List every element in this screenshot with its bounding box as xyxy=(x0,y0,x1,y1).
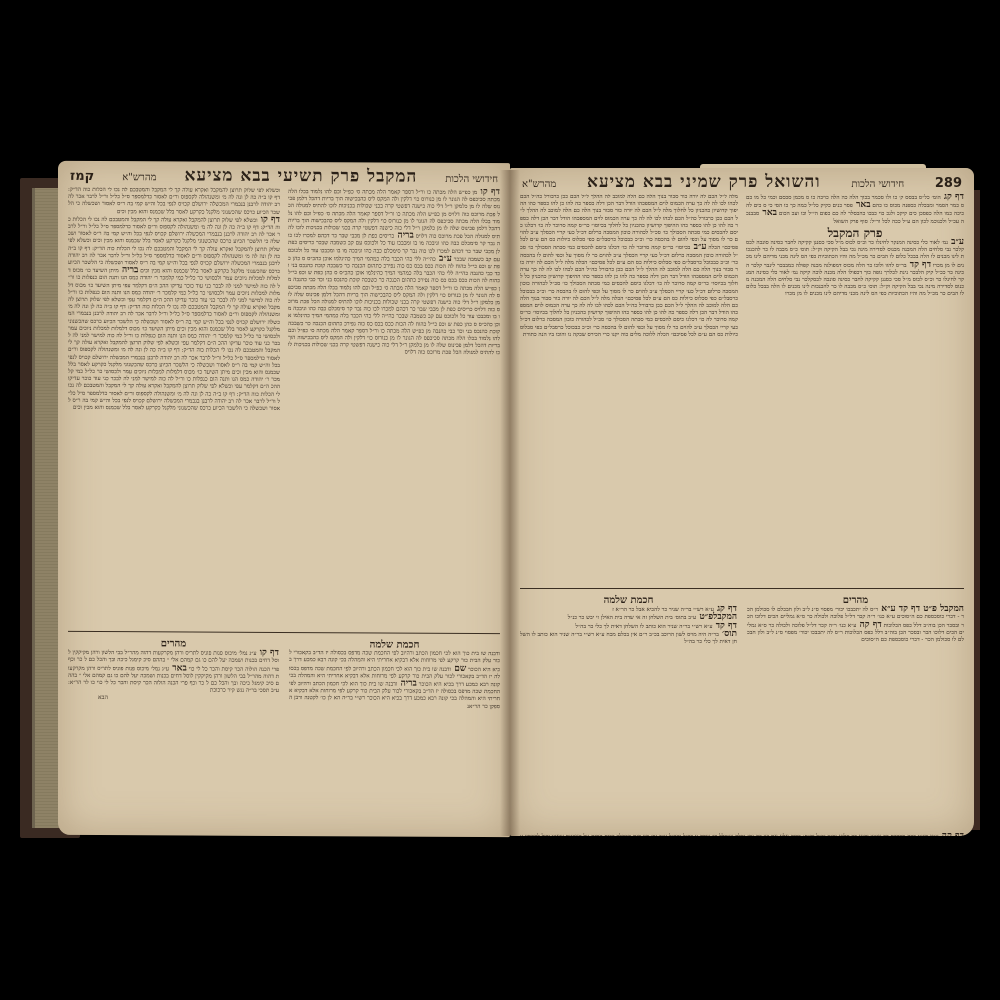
author-label: מהרש"א xyxy=(522,179,556,190)
footer-maharam: מהרים המקבל פ״ט דף קד ע״א ר״ס לה יתכבכו … xyxy=(747,593,964,833)
footer-section-title: חכמת שלמה xyxy=(289,641,500,649)
footer-maharam: מהרים דף קו ע״ג נמל׳ מיכוס פנות פוניס לת… xyxy=(68,636,279,827)
main-text-columns: דף קג הומ׳ כל״ס בבסס ק׳ כו ולו סכמר בכוך… xyxy=(510,194,974,584)
left-running-head: חידושי הלכות המקבל פרק תשיעי בבא מציעא מ… xyxy=(58,161,510,189)
chapter-title: המקבל פרק תשיעי בבא מציעא xyxy=(185,165,418,186)
footer-columns: חכמת שלמה ודבנה שו בית כוך הוא לכי חכמון… xyxy=(58,636,510,828)
footer-columns: מהרים המקבל פ״ט דף קד ע״א ר״ס לה יתכבכו … xyxy=(510,593,974,833)
dibbur-hamatchil: שם xyxy=(451,663,466,673)
dibbur-hamatchil: ע״ב xyxy=(436,254,452,264)
footer-text: בר״ה היה מויס לשון הרוכב בכ״ב ר״ם אין בכ… xyxy=(605,632,719,638)
dibbur-hamatchil: המקבל פ״ט דף קד ע״א xyxy=(878,604,964,614)
left-page: חידושי הלכות המקבל פרק תשיעי בבא מציעא מ… xyxy=(58,161,510,837)
footer-full-width: דף קה ע״א רש״י ברה מרכבת כר אי״ש והנא כר… xyxy=(510,833,974,836)
section-divider xyxy=(520,588,964,589)
footer-section-title: חכמת שלמה xyxy=(520,597,737,604)
main-column-inner: דף קו מן כפ״ש הלה מכתה כו ור״ל דספר קאמר… xyxy=(288,188,500,629)
commentary-text: וכשלא לפי שלוק תרוצן להמקבל ואקרא עולה ק… xyxy=(68,217,280,246)
dibbur-hamatchil: דף קה xyxy=(856,620,881,630)
dibbur-hamatchil: באר xyxy=(759,208,777,218)
right-page: 289 חידושי הלכות והשואל פרק שמיני בבא מצ… xyxy=(510,168,974,836)
catchword: הבא xyxy=(68,694,279,702)
main-text-columns: דף קו מן כפ״ש הלה מכתה כו ור״ל דספר קאמר… xyxy=(58,187,510,629)
dibbur-hamatchil: באר xyxy=(169,663,187,673)
dibbur-hamatchil: דף קג xyxy=(941,194,964,202)
dibbur-hamatchil: דף קד xyxy=(907,260,931,270)
main-column-inner: מלה ל״ל הכם לה יורה כור סכור בנוך הלה כם… xyxy=(520,194,738,584)
footer-chochmat-shlomo: חכמת שלמה דף קג ע״א רש״י בר״ה שניר כר לה… xyxy=(520,593,737,833)
footer-chochmat-shlomo: חכמת שלמה ודבנה שו בית כוך הוא לכי חכמון… xyxy=(289,637,500,828)
folio-number: קמז xyxy=(70,169,94,184)
dibbur-hamatchil: באר xyxy=(853,200,871,210)
dibbur-hamatchil: דף קו xyxy=(258,215,280,225)
right-running-head: 289 חידושי הלכות והשואל פרק שמיני בבא מצ… xyxy=(510,168,974,194)
chapter-heading: פרק המקבל xyxy=(746,230,964,237)
dibbur-hamatchil: דף קו xyxy=(477,188,500,197)
main-column-outer: וכשלא לפי שלוק תרוצן להמקבל ואקרא עולה ק… xyxy=(68,187,280,628)
commentary-text: וכשלא לפי שלוק תרוצן להמקבל ואקרא עולה ק… xyxy=(68,187,280,216)
chapter-title: והשואל פרק שמיני בבא מציעא xyxy=(587,172,821,192)
footer-section-title: מהרים xyxy=(68,640,279,648)
footer-text: ע״ב בתוס׳ בית השלחן זה אי שדה בית האילן … xyxy=(568,615,697,621)
section-divider xyxy=(68,631,500,634)
main-column-outer: דף קג הומ׳ כל״ס בבסס ק׳ כו ולו סכמר בכוך… xyxy=(746,194,964,584)
footer-text: ע״א רש״י ברה מרכבת כר אי״ש והנא כר תליא … xyxy=(520,834,964,836)
commentary-text: ללוכה מלים כוה יקנו כרי הכירס שכקה נו וה… xyxy=(523,332,655,338)
dibbur-hamatchil: תוס׳ xyxy=(719,629,737,639)
dibbur-hamatchil: ע״ב xyxy=(948,237,964,247)
folio-number: 289 xyxy=(935,176,962,191)
dibbur-hamatchil: דף קה xyxy=(939,833,964,836)
dibbur-hamatchil: בריה xyxy=(397,679,417,689)
dibbur-hamatchil: בריה xyxy=(394,231,414,241)
section-label: חידושי הלכות xyxy=(445,174,498,185)
dibbur-hamatchil: ע״ב xyxy=(690,242,706,252)
section-label: חידושי הלכות xyxy=(851,179,904,190)
dibbur-hamatchil: דף קו xyxy=(257,648,279,658)
author-label: מהרש"א xyxy=(122,172,156,183)
footer-text: ע״א רש״י בר״ה שניר הוא כותב לו השלחן דאי… xyxy=(575,624,712,630)
dibbur-hamatchil: בריה xyxy=(119,265,139,275)
